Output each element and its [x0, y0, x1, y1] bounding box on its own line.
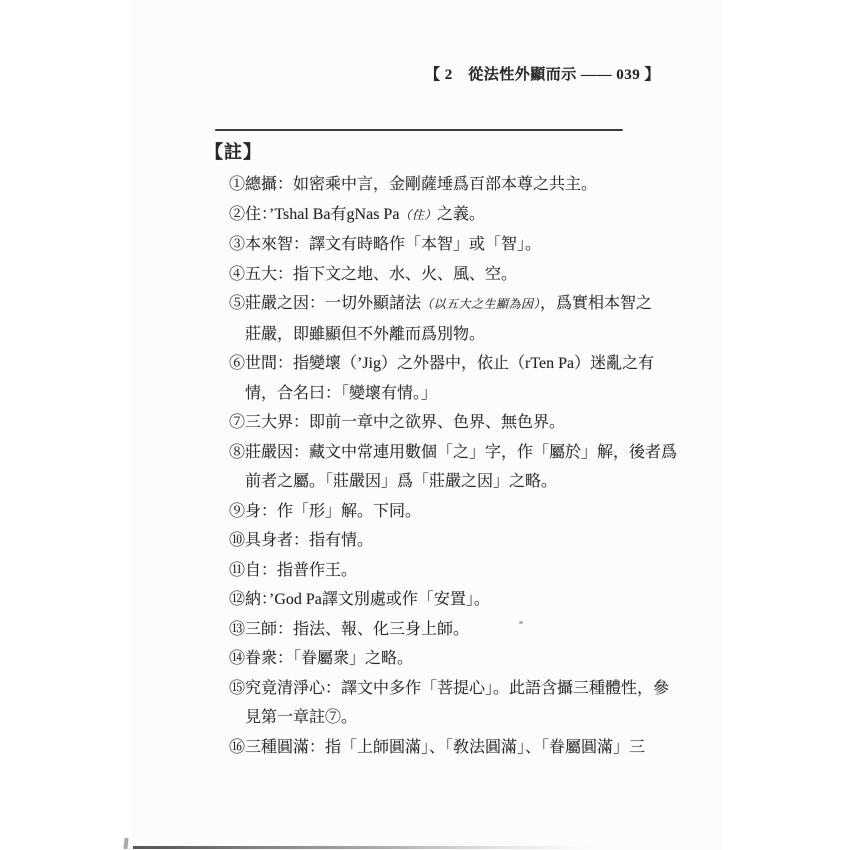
note-text: ⑪自：指普作王。: [229, 562, 357, 579]
notes-list: ①總攝：如密乘中言，金剛薩埵爲百部本尊之共主。②住：’Tshal Ba有gNas…: [229, 170, 689, 762]
note-item: ⑪自：指普作王。: [229, 556, 689, 586]
note-text: ⑫納：’God Pa譯文別處或作「安置」。: [229, 591, 490, 608]
note-item: ④五大：指下文之地、水、火、風、空。: [229, 260, 689, 290]
note-text: ④五大：指下文之地、水、火、風、空。: [229, 266, 517, 283]
note-text: ①總攝：如密乘中言，金剛薩埵爲百部本尊之共主。: [229, 176, 597, 193]
note-item: ⑤莊嚴之因：一切外顯諸法（以五大之生顯為因），爲實相本智之 莊嚴，即雖顯但不外離…: [229, 289, 689, 349]
note-text: ⑩具身者：指有情。: [229, 532, 373, 549]
note-item: ⑧莊嚴因：藏文中常連用數個「之」字，作「屬於」解，後者爲 前者之屬。「莊嚴因」爲…: [229, 438, 689, 497]
note-item: ⑦三大界：即前一章中之欲界、色界、無色界。: [229, 408, 689, 438]
note-text: ⑥世間：指變壞（’Jig）之外器中，依止（rTen Pa）迷亂之有 情，合名曰：…: [229, 355, 654, 402]
note-text: ③本來智：譯文有時略作「本智」或「智」。: [229, 236, 541, 253]
note-text: ⑨身：作「形」解。下同。: [229, 503, 421, 520]
note-text: ⑤莊嚴之因：一切外顯諸法: [229, 295, 421, 312]
note-text: ②住：’Tshal Ba有gNas Pa: [229, 206, 399, 223]
book-page-scan: 【 2 從法性外顯而示 —— 039 】 【註】 ①總攝：如密乘中言，金剛薩埵爲…: [0, 0, 850, 850]
running-header-chapter-page: 【 2 從法性外顯而示 —— 039 】: [425, 63, 635, 84]
note-text: ⑦三大界：即前一章中之欲界、色界、無色界。: [229, 414, 565, 431]
note-text: ⑬三師：指法、報、化三身上師。: [229, 621, 469, 638]
page-corner-artifact: [123, 838, 128, 849]
note-gloss-small: （以五大之生顯為因）: [421, 297, 540, 311]
note-item: ③本來智：譯文有時略作「本智」或「智」。: [229, 230, 689, 260]
note-item: ⑬三師：指法、報、化三身上師。: [229, 615, 689, 645]
note-item: ⑥世間：指變壞（’Jig）之外器中，依止（rTen Pa）迷亂之有 情，合名曰：…: [229, 349, 689, 408]
note-item: ①總攝：如密乘中言，金剛薩埵爲百部本尊之共主。: [229, 170, 689, 200]
note-text: ⑧莊嚴因：藏文中常連用數個「之」字，作「屬於」解，後者爲 前者之屬。「莊嚴因」爲…: [229, 444, 677, 491]
note-text: ⑮究竟清淨心：譯文中多作「菩提心」。此語含攝三種體性，參 見第一章註⑦。: [229, 680, 669, 727]
note-gloss-small: （住）: [399, 208, 437, 222]
note-item: ⑨身：作「形」解。下同。: [229, 497, 689, 527]
scan-speck-artifact: [519, 621, 523, 624]
page-bottom-edge-shadow: [133, 846, 593, 849]
note-item: ⑩具身者：指有情。: [229, 526, 689, 556]
note-item: ⑫納：’God Pa譯文別處或作「安置」。: [229, 585, 689, 615]
note-text: ⑯三種圓滿：指「上師圓滿」、「敎法圓滿」、「眷屬圓滿」三: [229, 739, 645, 756]
section-divider-rule: [215, 129, 623, 131]
note-item: ⑮究竟清淨心：譯文中多作「菩提心」。此語含攝三種體性，參 見第一章註⑦。: [229, 674, 689, 733]
note-text: 之義。: [437, 206, 485, 223]
note-text: ⑭眷衆：「眷屬衆」之略。: [229, 650, 413, 667]
notes-section-title: 【註】: [205, 138, 262, 164]
note-item: ⑭眷衆：「眷屬衆」之略。: [229, 644, 689, 674]
note-item: ②住：’Tshal Ba有gNas Pa（住）之義。: [229, 200, 689, 231]
note-item: ⑯三種圓滿：指「上師圓滿」、「敎法圓滿」、「眷屬圓滿」三: [229, 733, 689, 763]
